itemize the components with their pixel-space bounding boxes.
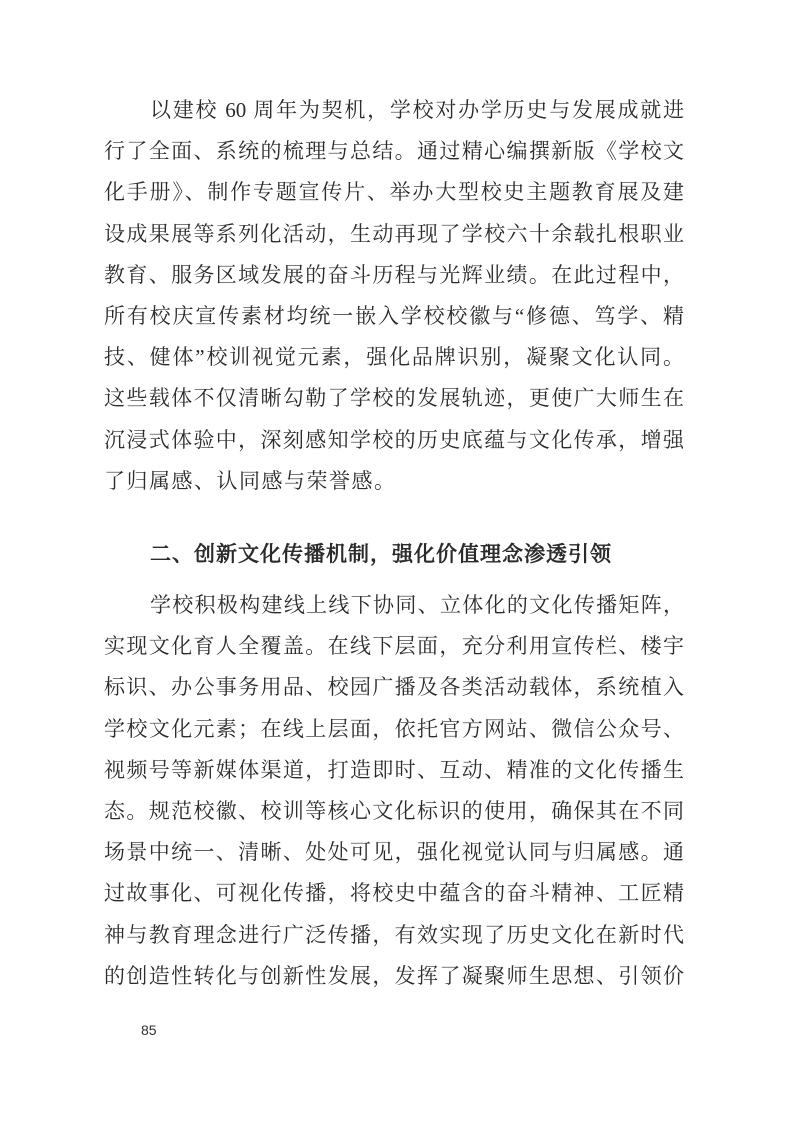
paragraph-line: 以建校 60 周年为契机，学校对办学历史与发展成就进 <box>104 90 684 131</box>
paragraph-line: 的创造性转化与创新性发展，发挥了凝聚师生思想、引领价 <box>104 956 684 997</box>
paragraph-line: 态。规范校徽、校训等核心文化标识的使用，确保其在不同 <box>104 791 684 832</box>
page-number: 85 <box>141 1022 157 1038</box>
paragraph-1: 以建校 60 周年为契机，学校对办学历史与发展成就进 行了全面、系统的梳理与总结… <box>104 90 684 502</box>
paragraph-line: 学校积极构建线上线下协同、立体化的文化传播矩阵， <box>104 585 684 626</box>
paragraph-line: 行了全面、系统的梳理与总结。通过精心编撰新版《学校文 <box>104 131 684 172</box>
paragraph-line: 过故事化、可视化传播，将校史中蕴含的奋斗精神、工匠精 <box>104 873 684 914</box>
paragraph-line: 技、健体”校训视觉元素，强化品牌识别，凝聚文化认同。 <box>104 337 684 378</box>
paragraph-line: 教育、服务区域发展的奋斗历程与光辉业绩。在此过程中， <box>104 255 684 296</box>
paragraph-line: 沉浸式体验中，深刻感知学校的历史底蕴与文化传承，增强 <box>104 420 684 461</box>
paragraph-2: 学校积极构建线上线下协同、立体化的文化传播矩阵， 实现文化育人全覆盖。在线下层面… <box>104 585 684 997</box>
paragraph-line: 视频号等新媒体渠道，打造即时、互动、精准的文化传播生 <box>104 750 684 791</box>
paragraph-line: 这些载体不仅清晰勾勒了学校的发展轨迹，更使广大师生在 <box>104 378 684 419</box>
paragraph-line: 实现文化育人全覆盖。在线下层面，充分利用宣传栏、楼宇 <box>104 626 684 667</box>
paragraph-line: 所有校庆宣传素材均统一嵌入学校校徽与“修德、笃学、精 <box>104 296 684 337</box>
paragraph-line: 标识、办公事务用品、校园广播及各类活动载体，系统植入 <box>104 667 684 708</box>
section-heading: 二、创新文化传播机制，强化价值理念渗透引领 <box>104 534 730 575</box>
document-page: 以建校 60 周年为契机，学校对办学历史与发展成就进 行了全面、系统的梳理与总结… <box>0 0 794 1123</box>
paragraph-line: 化手册》、制作专题宣传片、举办大型校史主题教育展及建 <box>104 172 684 213</box>
paragraph-line: 设成果展等系列化活动，生动再现了学校六十余载扎根职业 <box>104 214 684 255</box>
paragraph-line: 神与教育理念进行广泛传播，有效实现了历史文化在新时代 <box>104 915 684 956</box>
paragraph-line: 场景中统一、清晰、处处可见，强化视觉认同与归属感。通 <box>104 832 684 873</box>
paragraph-line: 学校文化元素；在线上层面，依托官方网站、微信公众号、 <box>104 709 684 750</box>
paragraph-line: 了归属感、认同感与荣誉感。 <box>104 461 684 502</box>
